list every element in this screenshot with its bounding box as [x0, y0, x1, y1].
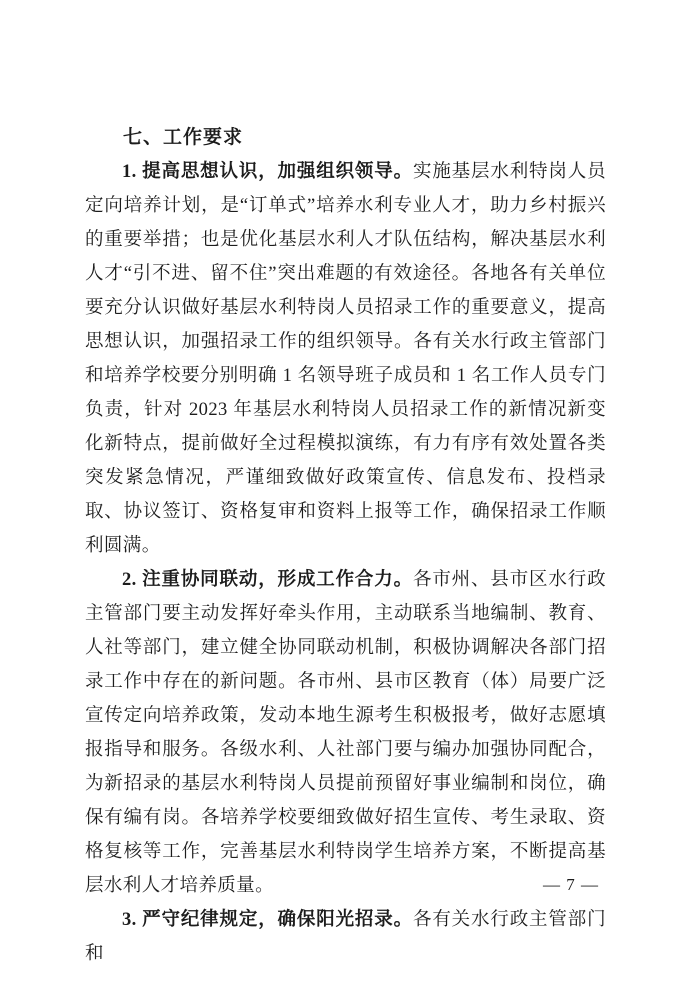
- paragraph-2-lead: 2. 注重协同联动，形成工作合力。: [122, 570, 413, 590]
- page-number: — 7 —: [536, 875, 606, 895]
- paragraph-3-lead: 3. 严守纪律规定，确保阳光招录。: [122, 910, 413, 930]
- document-body: 七、工作要求 1. 提高思想认识，加强组织领导。实施基层水利特岗人员定向培养计划…: [85, 121, 606, 971]
- paragraph-1-lead: 1. 提高思想认识，加强组织领导。: [122, 162, 413, 182]
- paragraph-1-text: 实施基层水利特岗人员定向培养计划，是“订单式”培养水利专业人才，助力乡村振兴的重…: [85, 162, 606, 556]
- paragraph-1: 1. 提高思想认识，加强组织领导。实施基层水利特岗人员定向培养计划，是“订单式”…: [85, 155, 606, 563]
- paragraph-2: 2. 注重协同联动，形成工作合力。各市州、县市区水行政主管部门要主动发挥好牵头作…: [85, 563, 606, 903]
- document-page: 七、工作要求 1. 提高思想认识，加强组织领导。实施基层水利特岗人员定向培养计划…: [0, 0, 700, 989]
- paragraph-3: 3. 严守纪律规定，确保阳光招录。各有关水行政主管部门和: [85, 903, 606, 971]
- paragraph-2-text: 各市州、县市区水行政主管部门要主动发挥好牵头作用，主动联系当地编制、教育、人社等…: [85, 570, 606, 896]
- section-heading: 七、工作要求: [85, 121, 606, 155]
